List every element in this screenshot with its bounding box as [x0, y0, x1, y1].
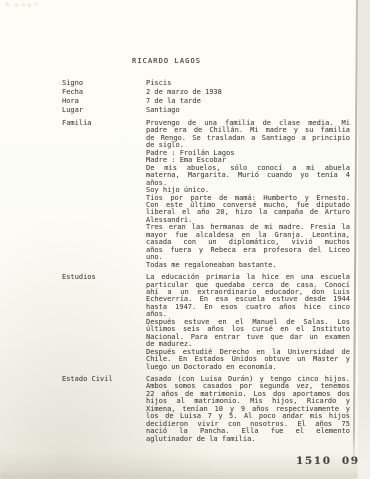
text-line: hasta 1947. En esos cuatro años hice cin… [146, 304, 350, 311]
document-title: RICARDO LAGOS [132, 57, 201, 65]
field-label-hora: Hora [62, 97, 146, 106]
document-body: SignoPiscisFecha2 de marzo de 1938Hora7 … [62, 79, 354, 443]
text-line: aglutinador de la familia. [146, 436, 350, 443]
faint-corner-mark [6, 3, 9, 6]
text-line: Todas me regaloneaban bastante. [146, 262, 350, 269]
field-label-estado-civil: Estado Civil [62, 376, 146, 383]
scanner-background [358, 0, 370, 479]
field-label-fecha: Fecha [62, 88, 146, 97]
field-row-familia: FamiliaProvengo de una familia de clase … [62, 120, 354, 269]
scan-shadow [0, 453, 358, 479]
field-value-fecha: 2 de marzo de 1938 [146, 88, 350, 97]
field-label-lugar: Lugar [62, 106, 146, 115]
field-row-signo: SignoPiscis [62, 79, 354, 88]
text-line: luego un Doctorado en economía. [146, 364, 350, 371]
field-value-estudios: La educación primaria la hice en una esc… [146, 274, 350, 371]
field-row-hora: Hora7 de la tarde [62, 97, 354, 106]
field-row-lugar: LugarSantiago [62, 106, 354, 115]
field-value-hora: 7 de la tarde [146, 97, 350, 106]
text-line: 2 de marzo de 1938 [146, 88, 350, 97]
field-row-estado-civil: Estado CivilCasado (con Luisa Durán) y t… [62, 376, 354, 443]
text-line: años fuera y Rebeca era profesora del Li… [146, 247, 350, 254]
text-line: 7 de la tarde [146, 97, 350, 106]
field-value-familia: Provengo de una familia de clase media. … [146, 120, 350, 269]
field-value-lugar: Santiago [146, 106, 350, 115]
scanned-page: RICARDO LAGOS SignoPiscisFecha2 de marzo… [0, 0, 358, 479]
text-line: Santiago [146, 106, 350, 115]
field-label-estudios: Estudios [62, 274, 146, 281]
field-label-signo: Signo [62, 79, 146, 88]
field-row-estudios: EstudiosLa educación primaria la hice en… [62, 274, 354, 371]
field-row-fecha: Fecha2 de marzo de 1938 [62, 88, 354, 97]
text-line: materna, Margarita. Murió cuando yo tení… [146, 172, 350, 179]
field-label-familia: Familia [62, 120, 146, 127]
text-line: Piscis [146, 79, 350, 88]
field-value-signo: Piscis [146, 79, 350, 88]
field-value-estado-civil: Casado (con Luisa Durán) y tengo cinco h… [146, 376, 350, 443]
